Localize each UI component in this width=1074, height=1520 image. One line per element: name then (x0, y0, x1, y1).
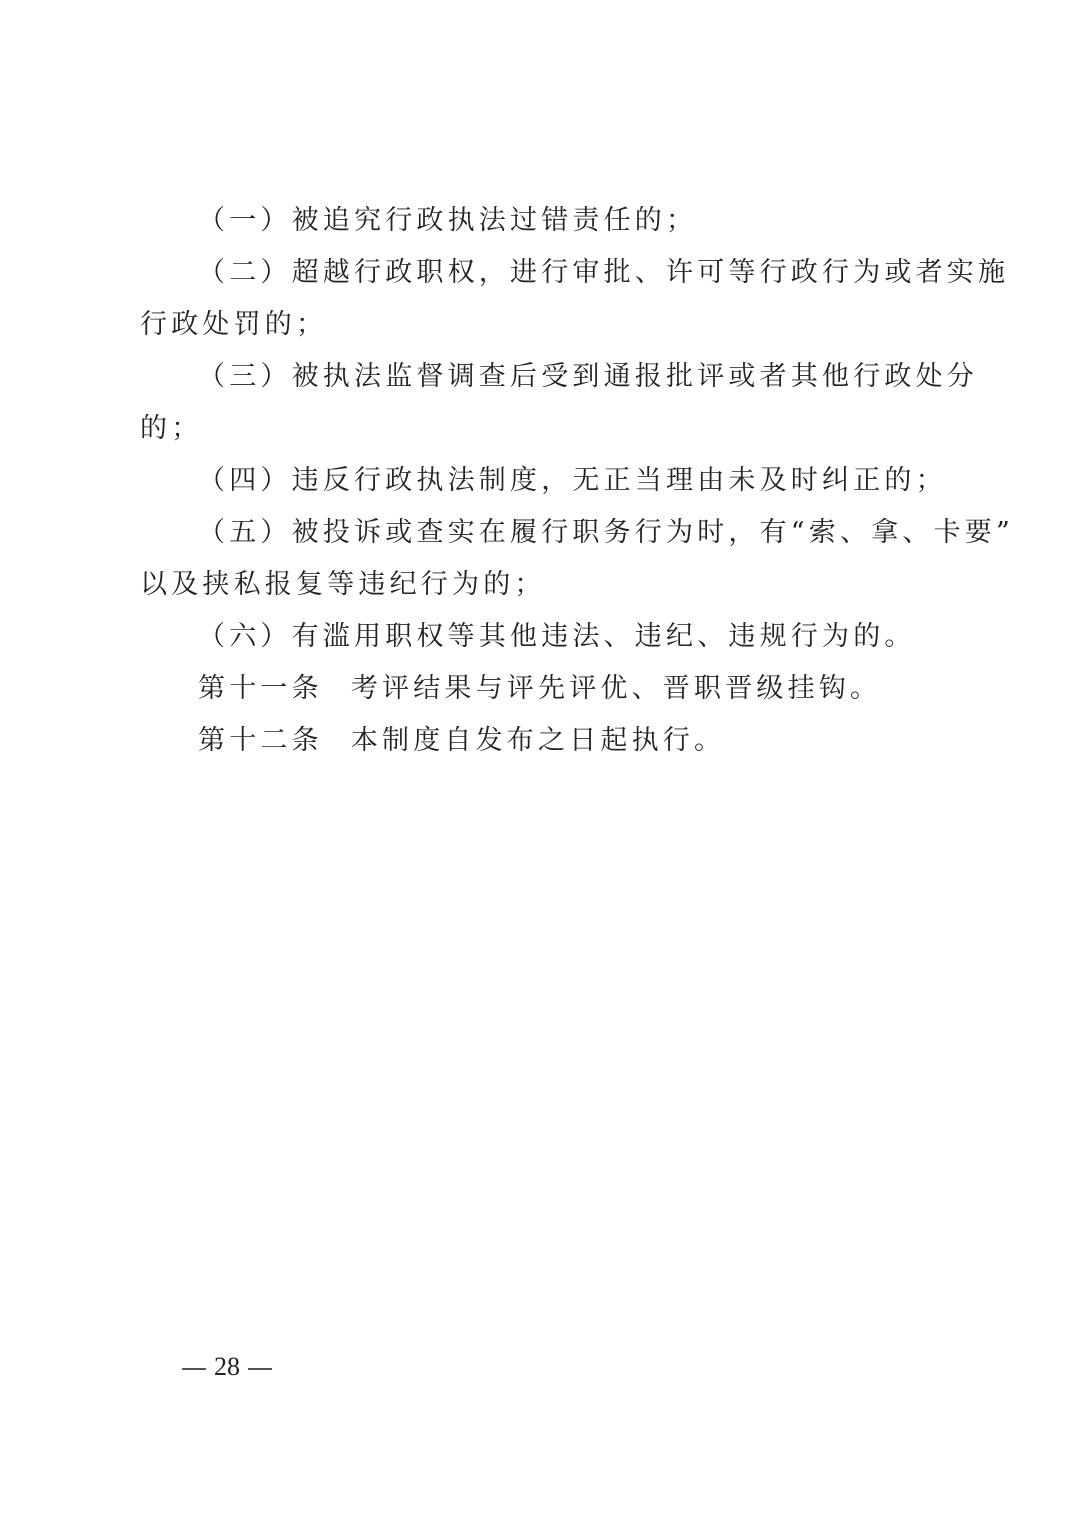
clause-1: （一）被追究行政执法过错责任的； (140, 195, 940, 247)
document-page: （一）被追究行政执法过错责任的； （二）超越行政职权，进行审批、许可等行政行为或… (0, 0, 1074, 1520)
page-number-footer: 28 (174, 1352, 280, 1382)
clause-5-line-1: （五）被投诉或查实在履行职务行为时，有“索、拿、卡要” (140, 507, 940, 559)
clause-2-line-2: 行政处罚的； (140, 299, 940, 351)
article-12-number: 第十二条 (198, 725, 323, 756)
clause-2-line-1: （二）超越行政职权，进行审批、许可等行政行为或者实施 (140, 247, 940, 299)
article-11-text: 考评结果与评先评优、晋职晋级挂钩。 (351, 673, 881, 704)
clause-3-line-2: 的； (140, 403, 940, 455)
clause-4: （四）违反行政执法制度，无正当理由未及时纠正的； (140, 455, 940, 507)
article-12: 第十二条本制度自发布之日起执行。 (140, 715, 940, 767)
article-11: 第十一条考评结果与评先评优、晋职晋级挂钩。 (140, 663, 940, 715)
clause-3-line-1: （三）被执法监督调查后受到通报批评或者其他行政处分 (140, 351, 940, 403)
page-number: 28 (214, 1352, 240, 1381)
article-12-text: 本制度自发布之日起执行。 (351, 725, 725, 756)
article-11-number: 第十一条 (198, 673, 323, 704)
clause-6: （六）有滥用职权等其他违法、违纪、违规行为的。 (140, 611, 940, 663)
clause-5-line-2: 以及挟私报复等违纪行为的； (140, 559, 940, 611)
dash-right (248, 1368, 272, 1370)
document-body: （一）被追究行政执法过错责任的； （二）超越行政职权，进行审批、许可等行政行为或… (140, 195, 940, 767)
dash-left (182, 1368, 206, 1370)
